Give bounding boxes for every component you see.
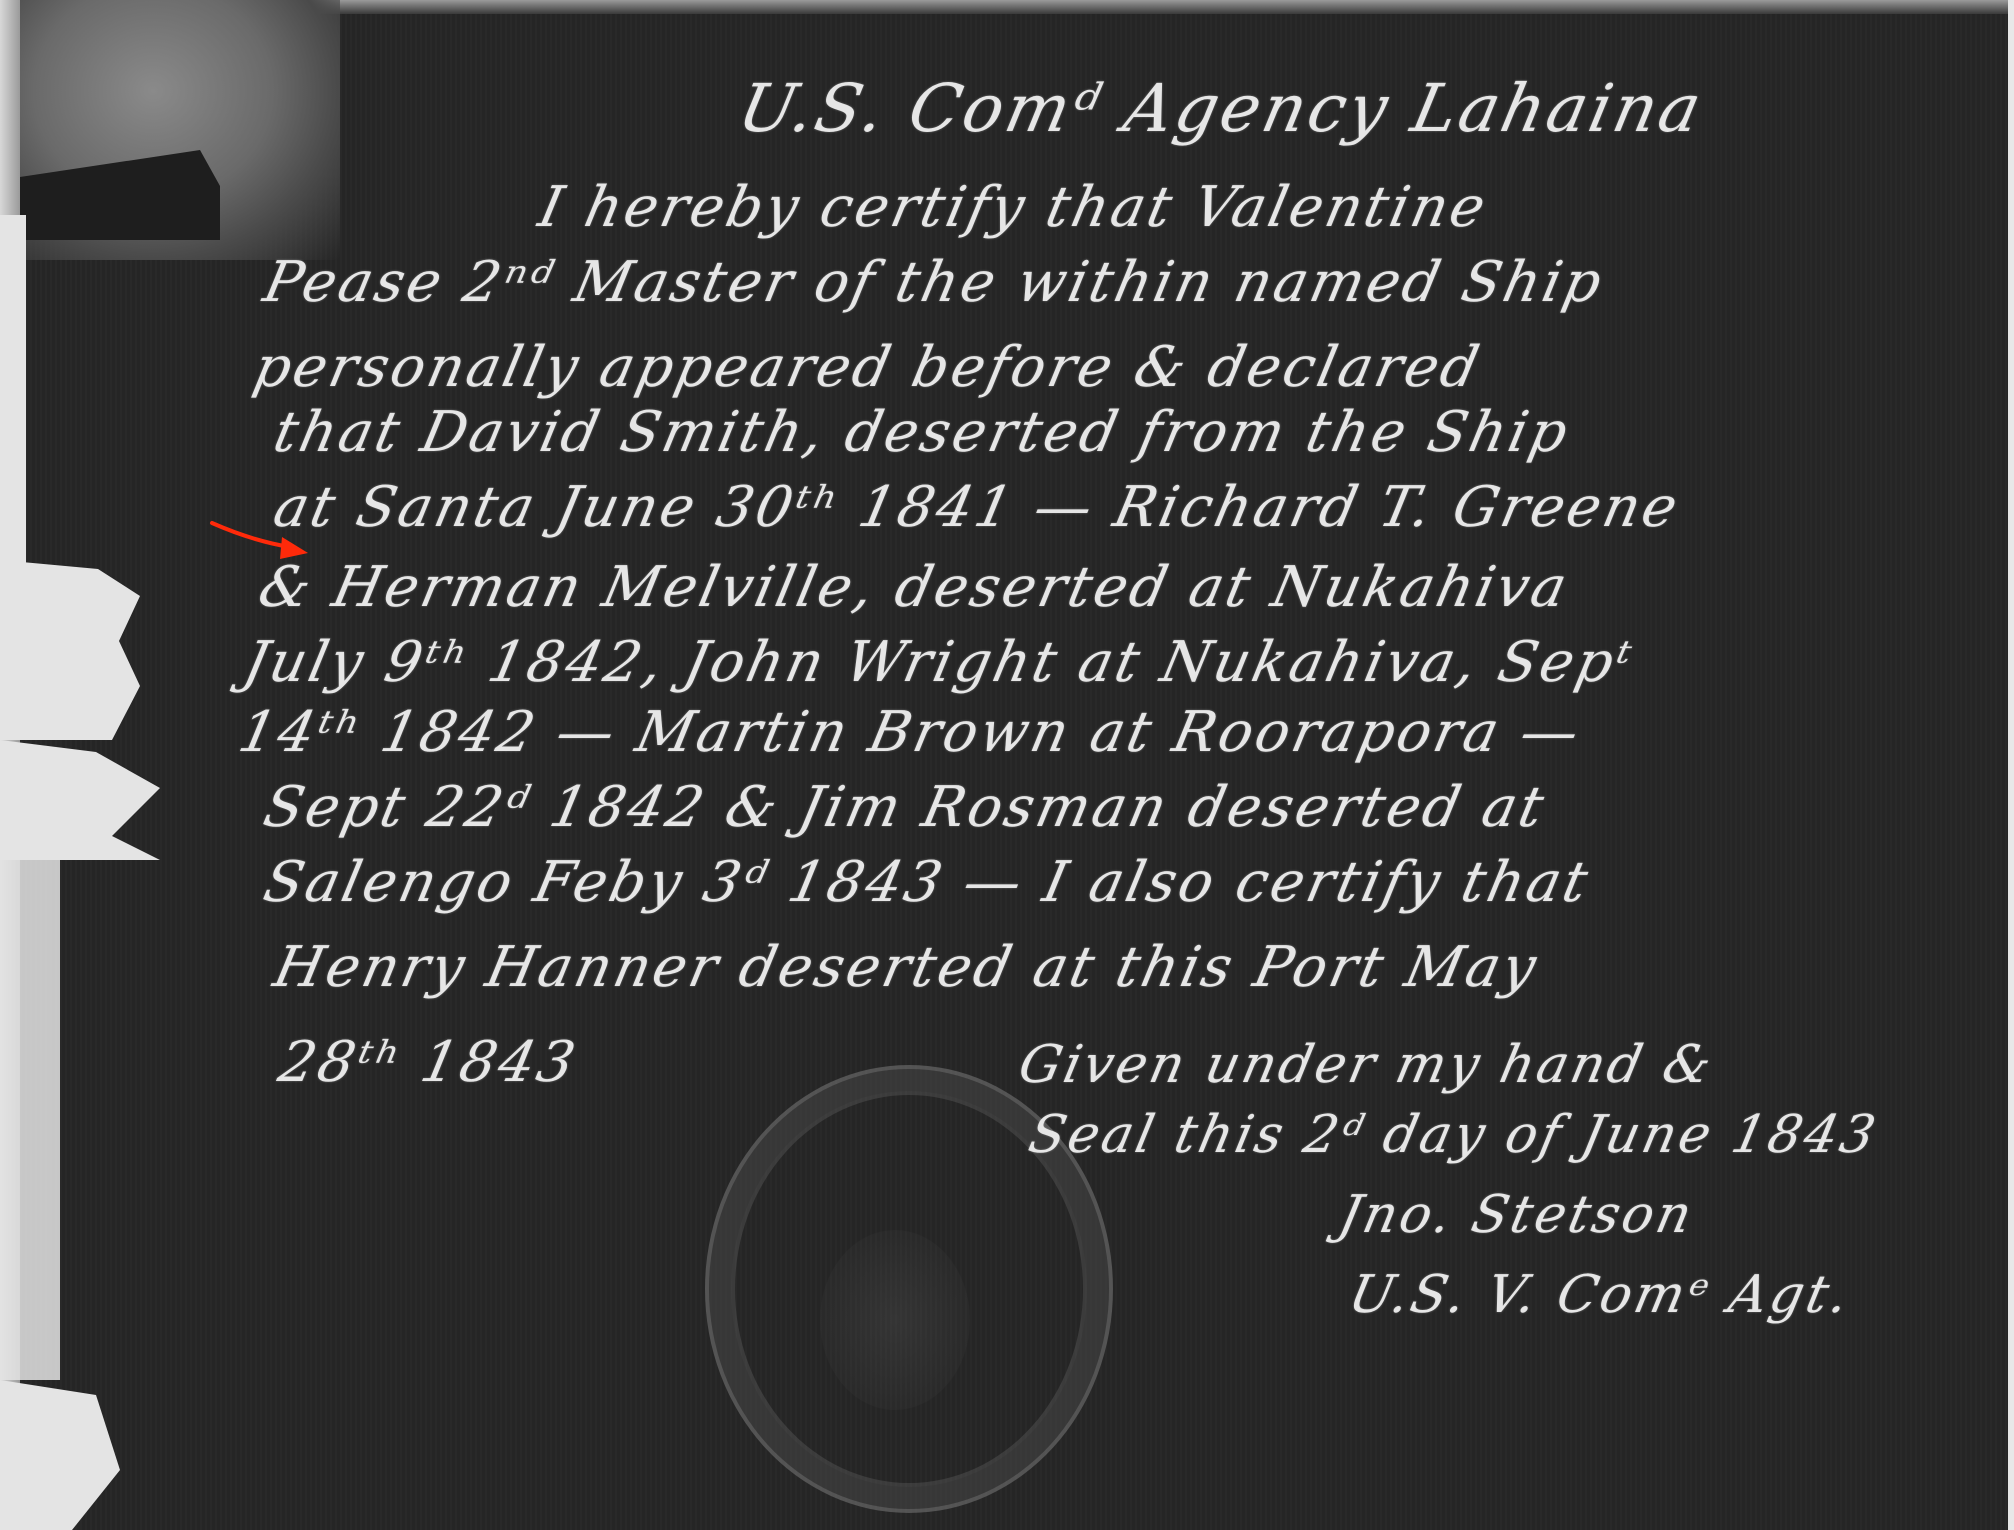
text-line: Sept 22ᵈ 1842 & Jim Rosman deserted at (258, 775, 1552, 840)
signature-name: Jno. Stetson (1334, 1185, 1700, 1245)
text-line: 28ᵗʰ 1843 (273, 1030, 583, 1095)
text-line: I hereby certify that Valentine (533, 175, 1494, 240)
red-arrow-icon (208, 515, 312, 563)
torn-edge (0, 860, 60, 1380)
closing-line: Seal this 2ᵈ day of June 1843 (1024, 1105, 1884, 1165)
text-line: at Santa June 30ᵗʰ 1841 — Richard T. Gre… (268, 475, 1686, 540)
seal-emblem (820, 1230, 970, 1410)
torn-edge (0, 215, 26, 565)
torn-edge (0, 560, 140, 740)
text-line: 14ᵗʰ 1842 — Martin Brown at Roorapora — (233, 700, 1587, 765)
text-line: Pease 2ⁿᵈ Master of the within named Shi… (258, 250, 1610, 315)
text-line: personally appeared before & declared (248, 335, 1487, 400)
document-heading: U.S. Comᵈ Agency Lahaina (732, 70, 1711, 147)
paper-right-edge (2008, 0, 2014, 1530)
text-line: July 9ᵗʰ 1842, John Wright at Nukahiva, … (238, 630, 1639, 695)
text-line: Henry Hanner deserted at this Port May (268, 935, 1544, 1000)
text-line-melville: & Herman Melville, deserted at Nukahiva (253, 555, 1575, 620)
text-line: Salengo Feby 3ᵈ 1843 — I also certify th… (258, 850, 1596, 915)
signature-title: U.S. V. Comᵉ Agt. (1344, 1265, 1857, 1325)
closing-line: Given under my hand & (1014, 1035, 1720, 1095)
text-line: that David Smith, deserted from the Ship (268, 400, 1576, 465)
